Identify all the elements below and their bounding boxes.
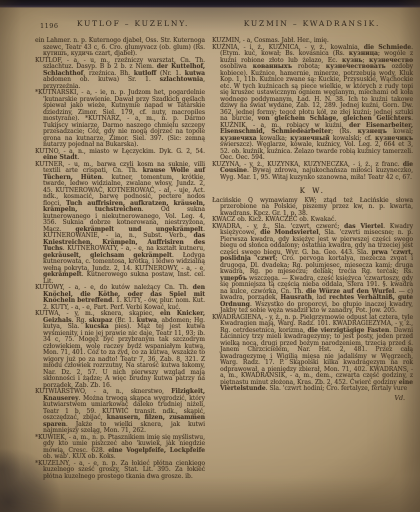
text-columns: ein Lahmer. n. p. Kuternogo djabeł, Oss.… [35, 38, 413, 480]
right-column-top: KUZMIN, - a, Cosmas. Jabł. Her., imię.KU… [212, 38, 413, 181]
dictionary-entry: *KUZELNY, - a, - e, n. p. Za łokieć płót… [35, 461, 205, 481]
dictionary-entry: KUTWIARSTWO, - a, n., sknerstwo, Filzigk… [35, 389, 205, 435]
book-page: 1196 KUTLOF – KUZELNY. KUZMIN – KWADRANS… [0, 0, 420, 512]
dictionary-entry: Łacińskie Q wymawiamy KW; ztąd też Łaciń… [212, 198, 413, 218]
dictionary-entry: KUTLOF, - a, - u, m., rzeźniczy warsztat… [35, 58, 205, 91]
running-head: 1196 KUTLOF – KUZELNY. KUZMIN – KWADRANS… [0, 19, 420, 32]
section-heading-kw: K W. [212, 188, 413, 195]
dictionary-entry: KWADRA, - y, ż., Sla. 'czwrt, czwerć; da… [212, 224, 413, 315]
catchword: Vd. [212, 396, 413, 403]
running-head-right: KUZMIN – KWADRANSIK. [218, 19, 406, 28]
dictionary-entry: ein Lahmer. n. p. Kuternogo djabeł, Oss.… [35, 38, 205, 58]
dictionary-entry: KUTWA, - y, m., sknera, skąpiec, ein Kni… [35, 311, 205, 389]
scan-top-edge [0, 0, 420, 8]
dictionary-entry: KUTNER, - u, m., barwa czyli kosm na suk… [35, 162, 205, 286]
dictionary-entry: KWADRAGIENA, - y, ż., n. p. Pielgrzymowi… [212, 315, 413, 393]
running-head-left: KUTLOF – KUZELNY. [56, 19, 210, 28]
dictionary-entry: *KUTNARSKI, - a, - ie, n. p. Judzom het,… [35, 90, 205, 149]
dictionary-entry: KUŹNIA, - i, ż., KUŹNICA, - y, ż., kowal… [212, 45, 413, 162]
dictionary-entry: *KUWIEK, - a, m., n. p. Ptasznikiem imię… [35, 435, 205, 461]
dictionary-entry: KUZYNA, - y, ż., KUZYNKA, KUZYNECZKA, - … [212, 162, 413, 182]
right-column-bottom: Łacińskie Q wymawiamy KW; ztąd też Łaciń… [212, 198, 413, 393]
left-column: ein Lahmer. n. p. Kuternogo djabeł, Oss.… [35, 38, 205, 480]
dictionary-entry: KUTOWY, - a, - e, do kutów należący Cn. … [35, 285, 205, 311]
right-column: KUZMIN, - a, Cosmas. Jabł. Her., imię.KU… [212, 38, 413, 480]
